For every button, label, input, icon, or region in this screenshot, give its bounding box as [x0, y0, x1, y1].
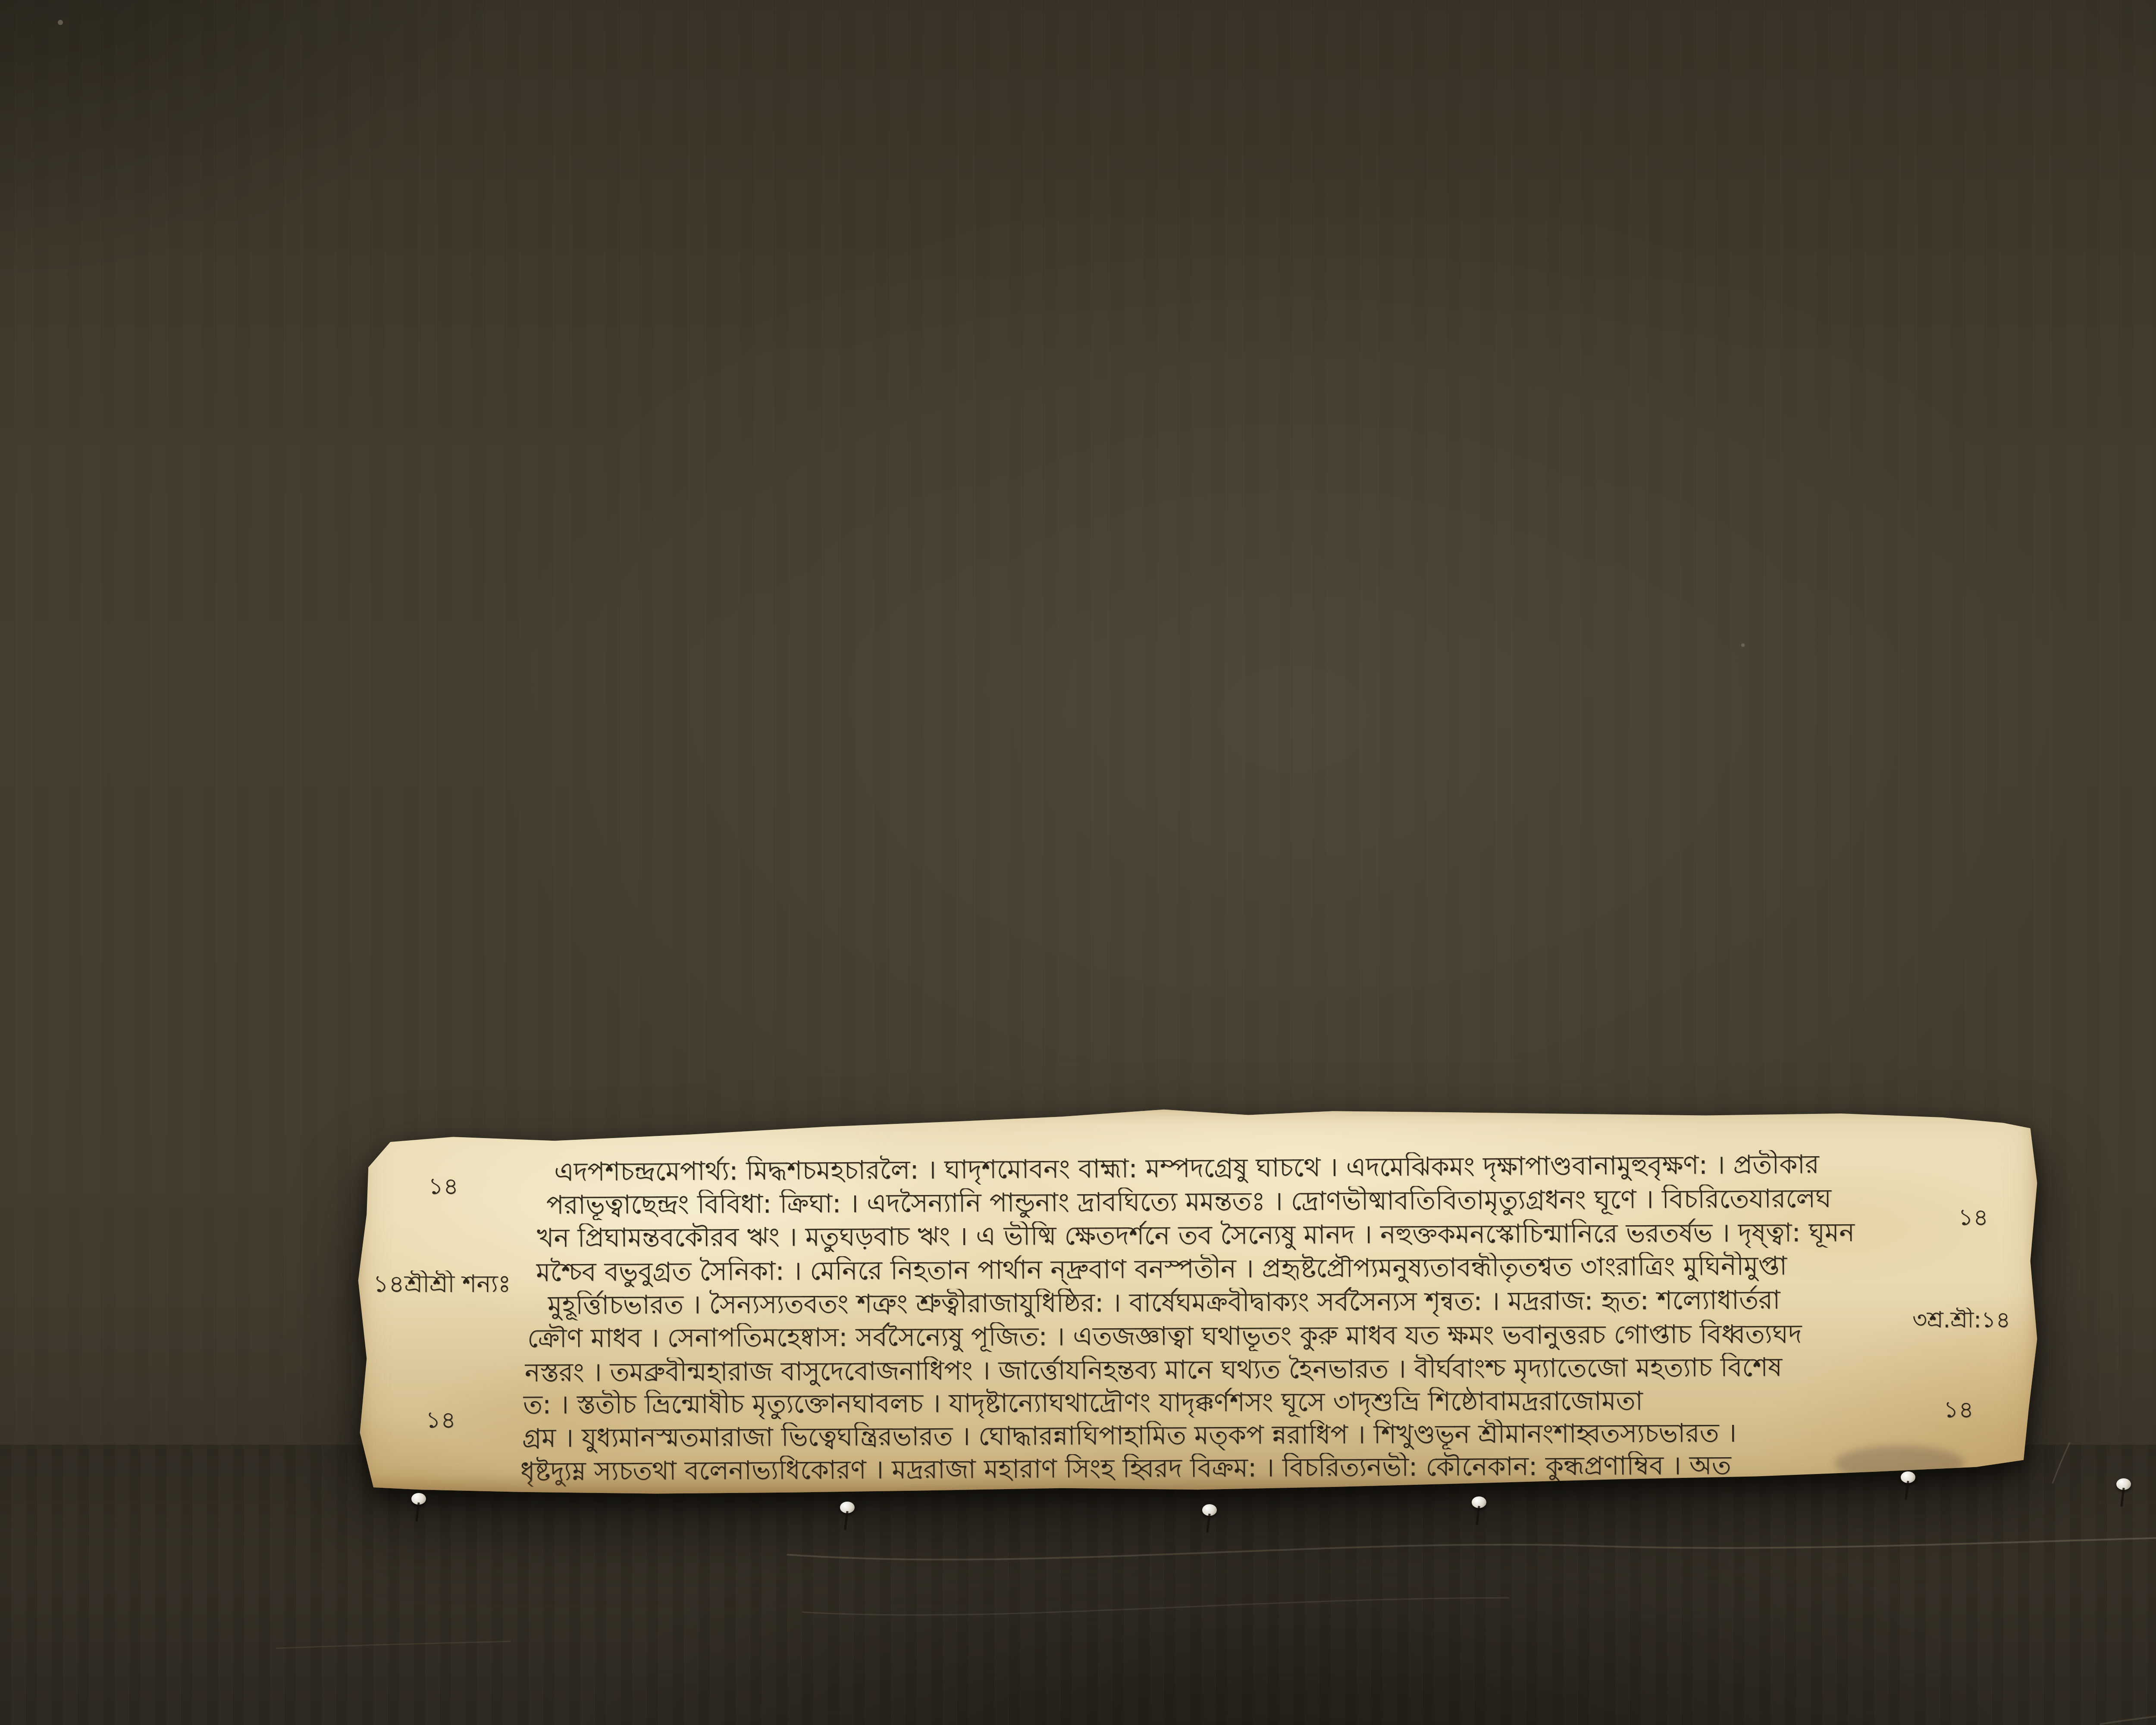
folio-number-top-left: ১৪ — [428, 1173, 458, 1200]
push-pin — [1901, 1471, 1915, 1483]
folio-number-bottom-left: ১৪ — [426, 1407, 456, 1433]
dust-speck — [58, 20, 63, 25]
ink-smudge — [1835, 1446, 1964, 1481]
push-pin — [1472, 1496, 1486, 1508]
text-line: পরাভূত্বাছেন্দ্রং বিবিধা: ক্রিঘা: । এদসৈ… — [546, 1183, 1969, 1220]
push-pin — [411, 1493, 426, 1505]
text-line: গ্রম । যুধ্যমানস্মতমারাজা ভিত্বেঘন্ত্রির… — [522, 1418, 1945, 1453]
scratch-line — [276, 1641, 511, 1648]
folio-number-bottom-right: ১৪ — [1943, 1396, 1974, 1423]
leaf-surface: এদপশচন্দ্রমেপার্থ্য: মিদ্ধশচমহচারলৈ: । ঘ… — [351, 1105, 2044, 1495]
push-pin — [840, 1502, 855, 1513]
scratch-line — [802, 1598, 1509, 1615]
push-pin — [1202, 1504, 1217, 1516]
folio-inscription-right: ৩শ্র.শ্রী:১৪ — [1912, 1308, 2010, 1333]
text-line: ত: । স্ততীচ ভ্রিন্মোষীচ মৃত্যুক্তোনঘাবলচ… — [523, 1385, 1946, 1420]
folio-inscription-left: ১৪শ্রীশ্রী শন্যঃ — [373, 1270, 511, 1298]
dust-speck — [1741, 643, 1745, 647]
text-line: মুহূর্ত্তিাচভারত । সৈন্যস্যতবতং শত্রুং শ… — [548, 1285, 1919, 1320]
text-line: ধৃষ্টদ্যুম্ন স্যচতথা বলেনাভ্যধিকোরণ । মদ… — [520, 1449, 1943, 1487]
text-line: ক্রৌণ মাধব । সেনাপতিমহেষ্বাস: সর্বসৈন্যে… — [527, 1319, 1950, 1354]
display-board: এদপশচন্দ্রমেপার্থ্য: মিদ্ধশচমহচারলৈ: । ঘ… — [0, 0, 2156, 1725]
manuscript-leaf: এদপশচন্দ্রমেপার্থ্য: মিদ্ধশচমহচারলৈ: । ঘ… — [351, 1105, 2044, 1495]
scratch-line — [2100, 1699, 2156, 1724]
scratch-line — [2053, 1443, 2070, 1483]
text-line: নস্তরং । তমব্রুবীন্মহারাজ বাসুদেবোজনাধিপ… — [525, 1352, 1948, 1388]
folio-number-top-right: ১৪ — [1958, 1204, 1988, 1231]
scratch-line — [787, 1535, 2156, 1559]
push-pin — [2116, 1478, 2131, 1490]
text-line: খন প্রিঘামন্তবকৌরব ঋং । মতুঘড়বাচ ঋং । এ… — [537, 1217, 1960, 1253]
text-line: এদপশচন্দ্রমেপার্থ্য: মিদ্ধশচমহচারলৈ: । ঘ… — [554, 1149, 1977, 1187]
text-line: মশ্চৈব বভুবুগ্রত সৈনিকা: । মেনিরে নিহতান… — [536, 1250, 1959, 1287]
